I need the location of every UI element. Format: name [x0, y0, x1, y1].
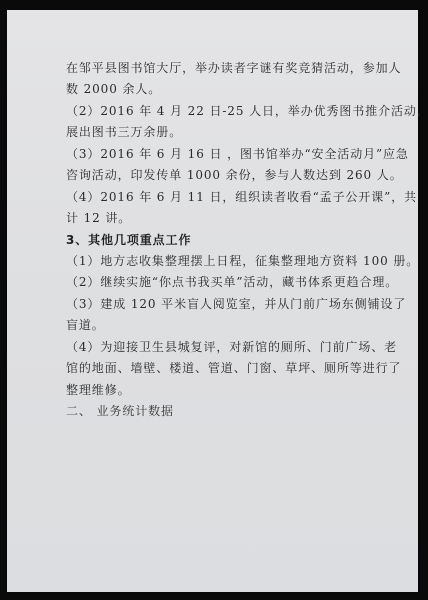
paragraph-line: 在邹平县图书馆大厅，举办读者字谜有奖竞猜活动，参加人	[66, 58, 366, 79]
document-page: 在邹平县图书馆大厅，举办读者字谜有奖竞猜活动，参加人 数 2000 余人。 （2…	[7, 10, 418, 592]
subsection-heading: 3、其他几项重点工作	[66, 230, 366, 251]
document-body: 在邹平县图书馆大厅，举办读者字谜有奖竞猜活动，参加人 数 2000 余人。 （2…	[66, 58, 366, 422]
list-item-line: （3）2016 年 6 月 16 日 ，图书馆举办“安全活动月”应急	[66, 144, 366, 165]
list-item-line: （2）继续实施“你点书我买单”活动，藏书体系更趋合理。	[66, 272, 366, 293]
list-item-line: （1）地方志收集整理摆上日程，征集整理地方资料 100 册。	[66, 251, 366, 272]
list-item-line: 整理维修。	[66, 380, 366, 401]
list-item-line: 咨询活动，印发传单 1000 余份，参与人数达到 260 人。	[66, 165, 366, 186]
list-item-line: （4）2016 年 6 月 11 日，组织读者收看“孟子公开课”，共	[66, 187, 366, 208]
list-item-line: （4）为迎接卫生县城复评，对新馆的厕所、门前广场、老	[66, 337, 366, 358]
list-item-line: 计 12 讲。	[66, 208, 366, 229]
list-item-line: （2）2016 年 4 月 22 日-25 人日，举办优秀图书推介活动，	[66, 101, 366, 122]
list-item-line: 馆的地面、墙壁、楼道、管道、门窗、草坪、厕所等进行了	[66, 358, 366, 379]
list-item-line: （3）建成 120 平米盲人阅览室，并从门前广场东侧铺设了	[66, 294, 366, 315]
paragraph-line: 数 2000 余人。	[66, 79, 366, 100]
section-heading: 二、 业务统计数据	[66, 401, 366, 422]
list-item-line: 盲道。	[66, 315, 366, 336]
list-item-line: 展出图书三万余册。	[66, 122, 366, 143]
